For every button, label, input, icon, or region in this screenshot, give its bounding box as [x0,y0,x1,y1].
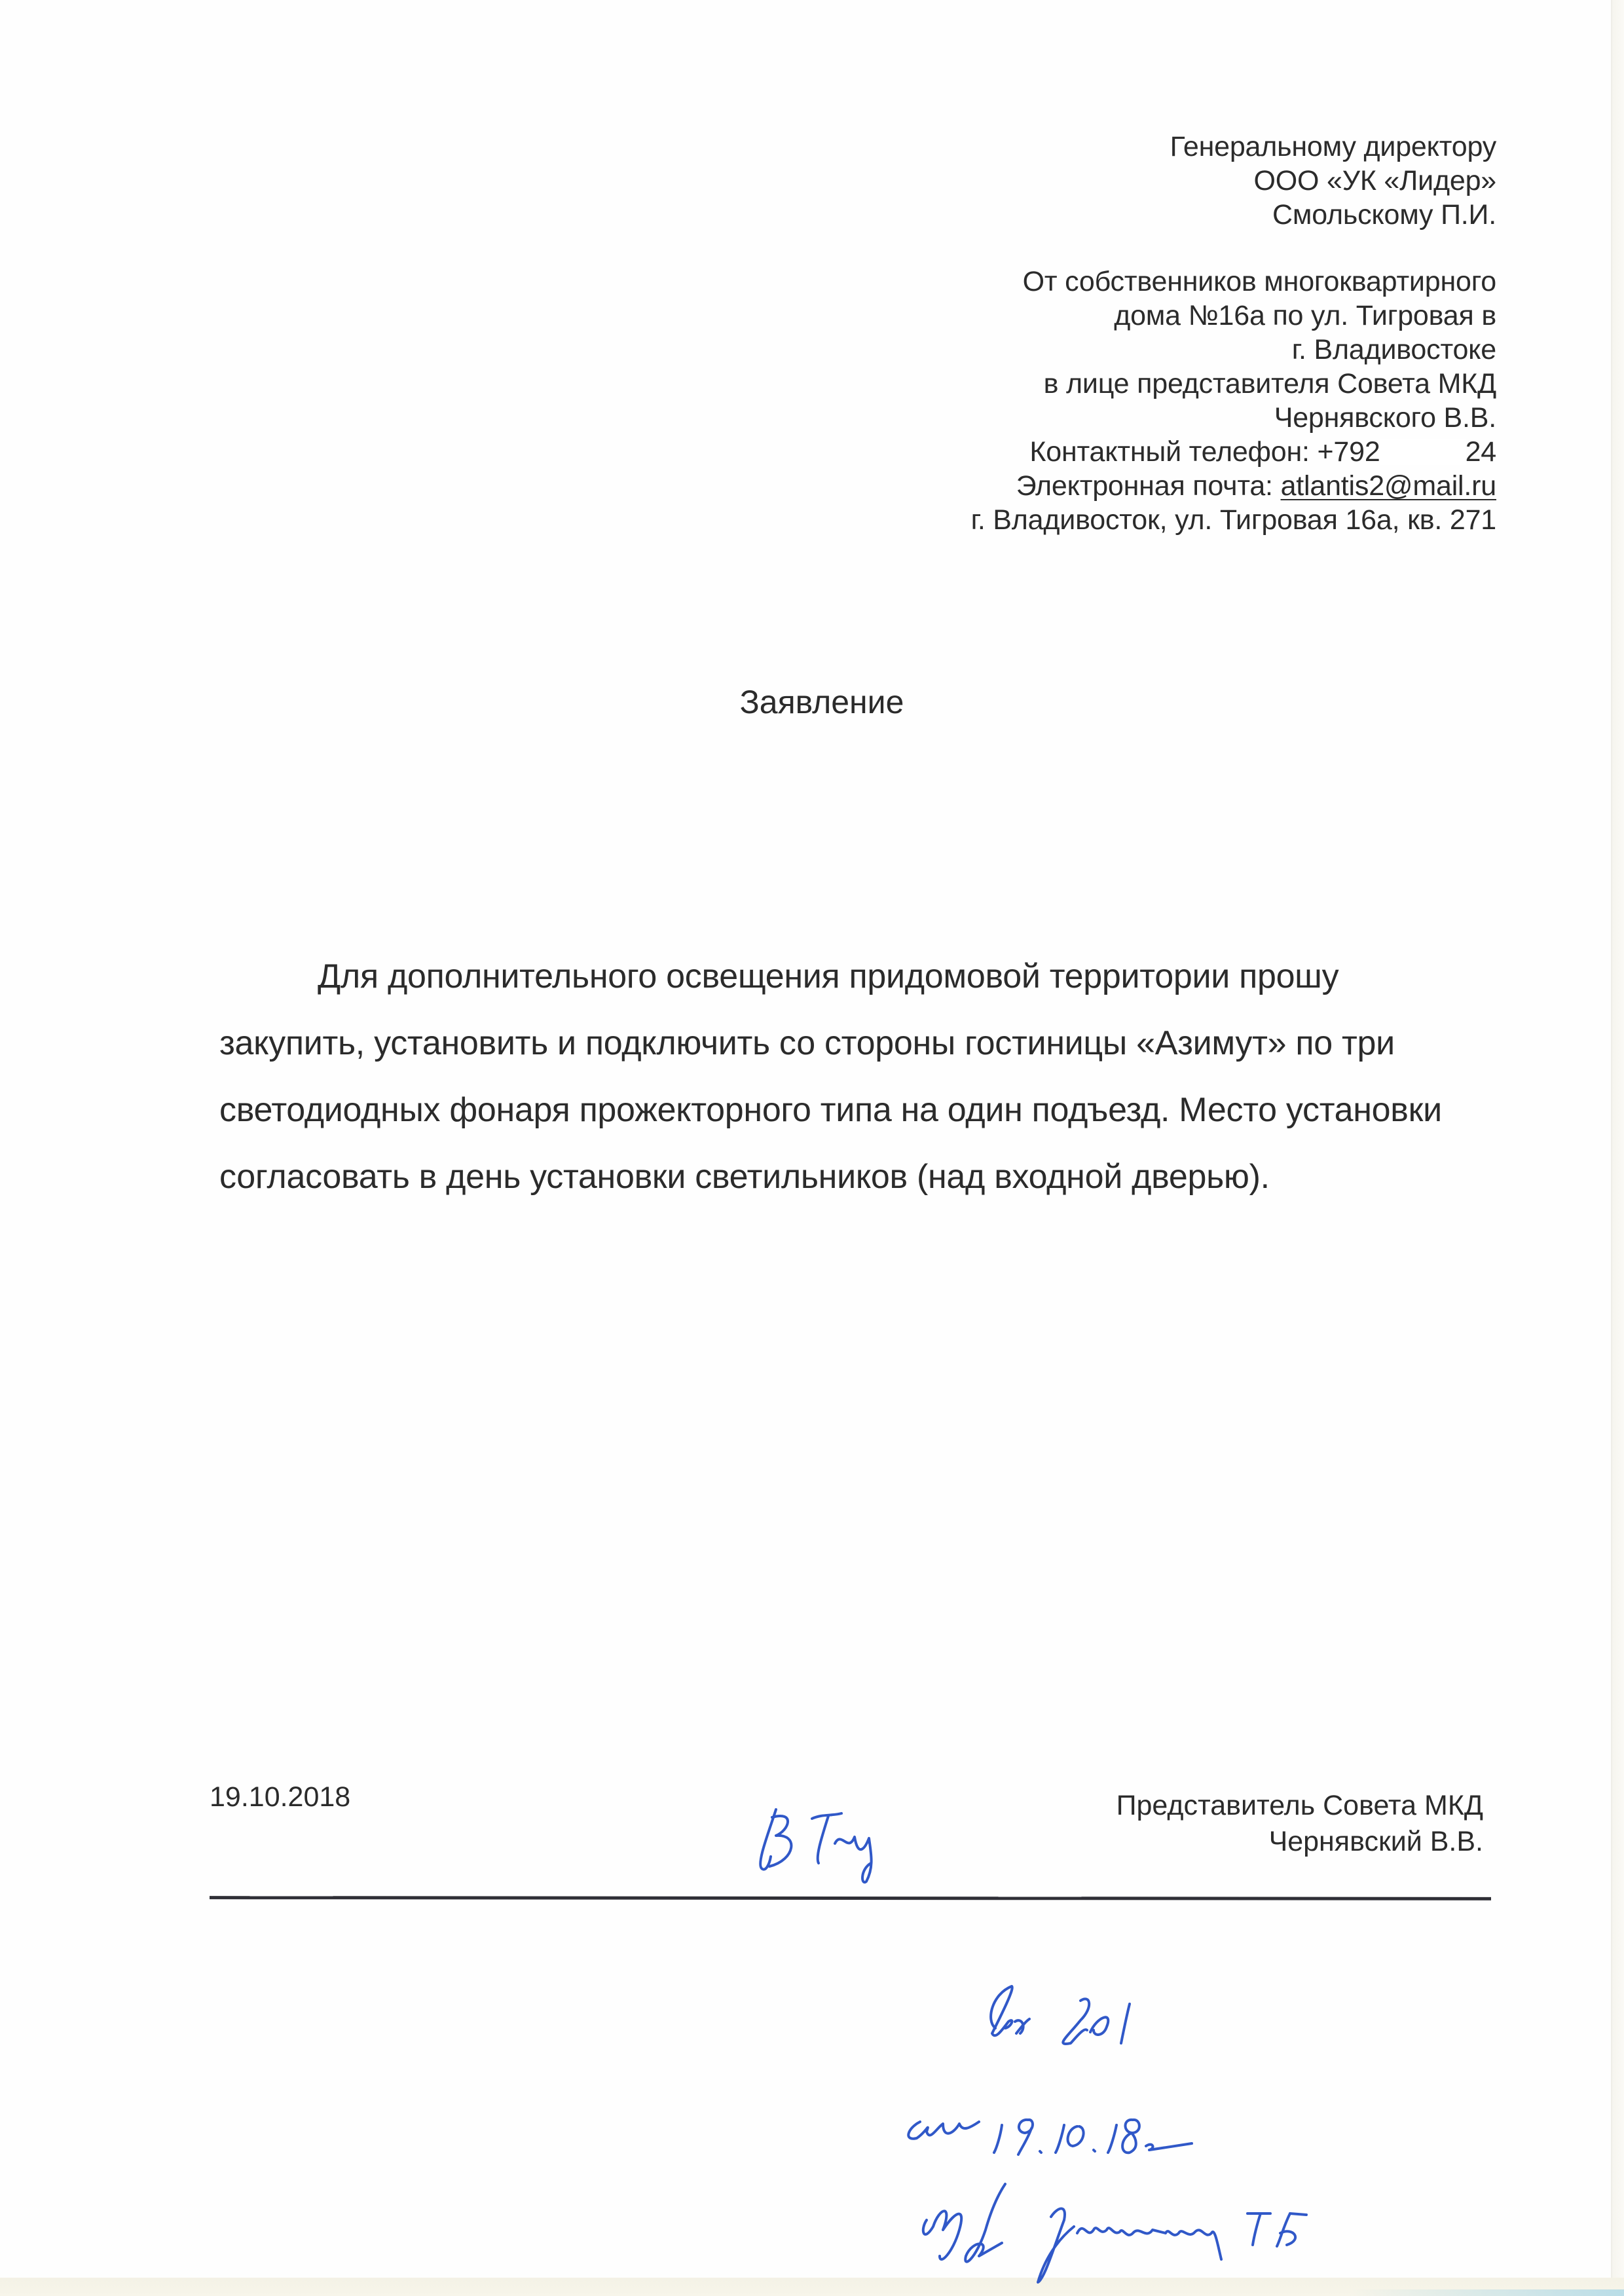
document-body: Для дополнительного освещения придомовой… [219,943,1493,1210]
document-date: 19.10.2018 [210,1780,350,1814]
handwritten-received-by: Чуманина Т.Б. [913,2168,1542,2292]
signer-name: Чернявский В.В. [1116,1824,1483,1860]
recipient-line: Генеральному директору [971,130,1496,164]
phone-prefix: +792 [1318,436,1380,468]
handwritten-signature: ВЧер [750,1804,933,1883]
handwritten-incoming-date: от 19.10.18г [904,2092,1218,2164]
handwritten-incoming-number: вх 201 [976,1981,1159,2053]
signer-block: Представитель Совета МКД Чернявский В.В. [1116,1788,1483,1860]
email-link[interactable]: atlantis2@mail.ru [1281,470,1496,502]
contact-email: Электронная почта: atlantis2@mail.ru [971,469,1496,503]
recipient-line: Смольскому П.И. [971,198,1496,232]
sender-line: г. Владивостоке [971,333,1496,367]
phone-label: Контактный телефон: [1029,436,1309,468]
contact-phone: Контактный телефон: +79224 [971,435,1496,469]
header-block: Генеральному директору ООО «УК «Лидер» С… [971,130,1496,537]
sender-line: в лице представителя Совета МКД [971,367,1496,401]
document-page: Генеральному директору ООО «УК «Лидер» С… [0,0,1624,2296]
sender-line: дома №16а по ул. Тигровая в [971,299,1496,333]
phone-redaction [1380,439,1466,465]
sender-line: Чернявского В.В. [971,401,1496,435]
email-label: Электронная почта: [1016,470,1273,502]
footer-divider [210,1896,1491,1900]
sender-line: От собственников многоквартирного [971,265,1496,299]
paper-edge-right [1611,0,1624,2296]
document-title: Заявление [0,682,1624,722]
sender-address: г. Владивосток, ул. Тигровая 16а, кв. 27… [971,503,1496,537]
signer-position: Представитель Совета МКД [1116,1788,1483,1824]
recipient-line: ООО «УК «Лидер» [971,164,1496,198]
phone-suffix: 24 [1466,436,1496,468]
